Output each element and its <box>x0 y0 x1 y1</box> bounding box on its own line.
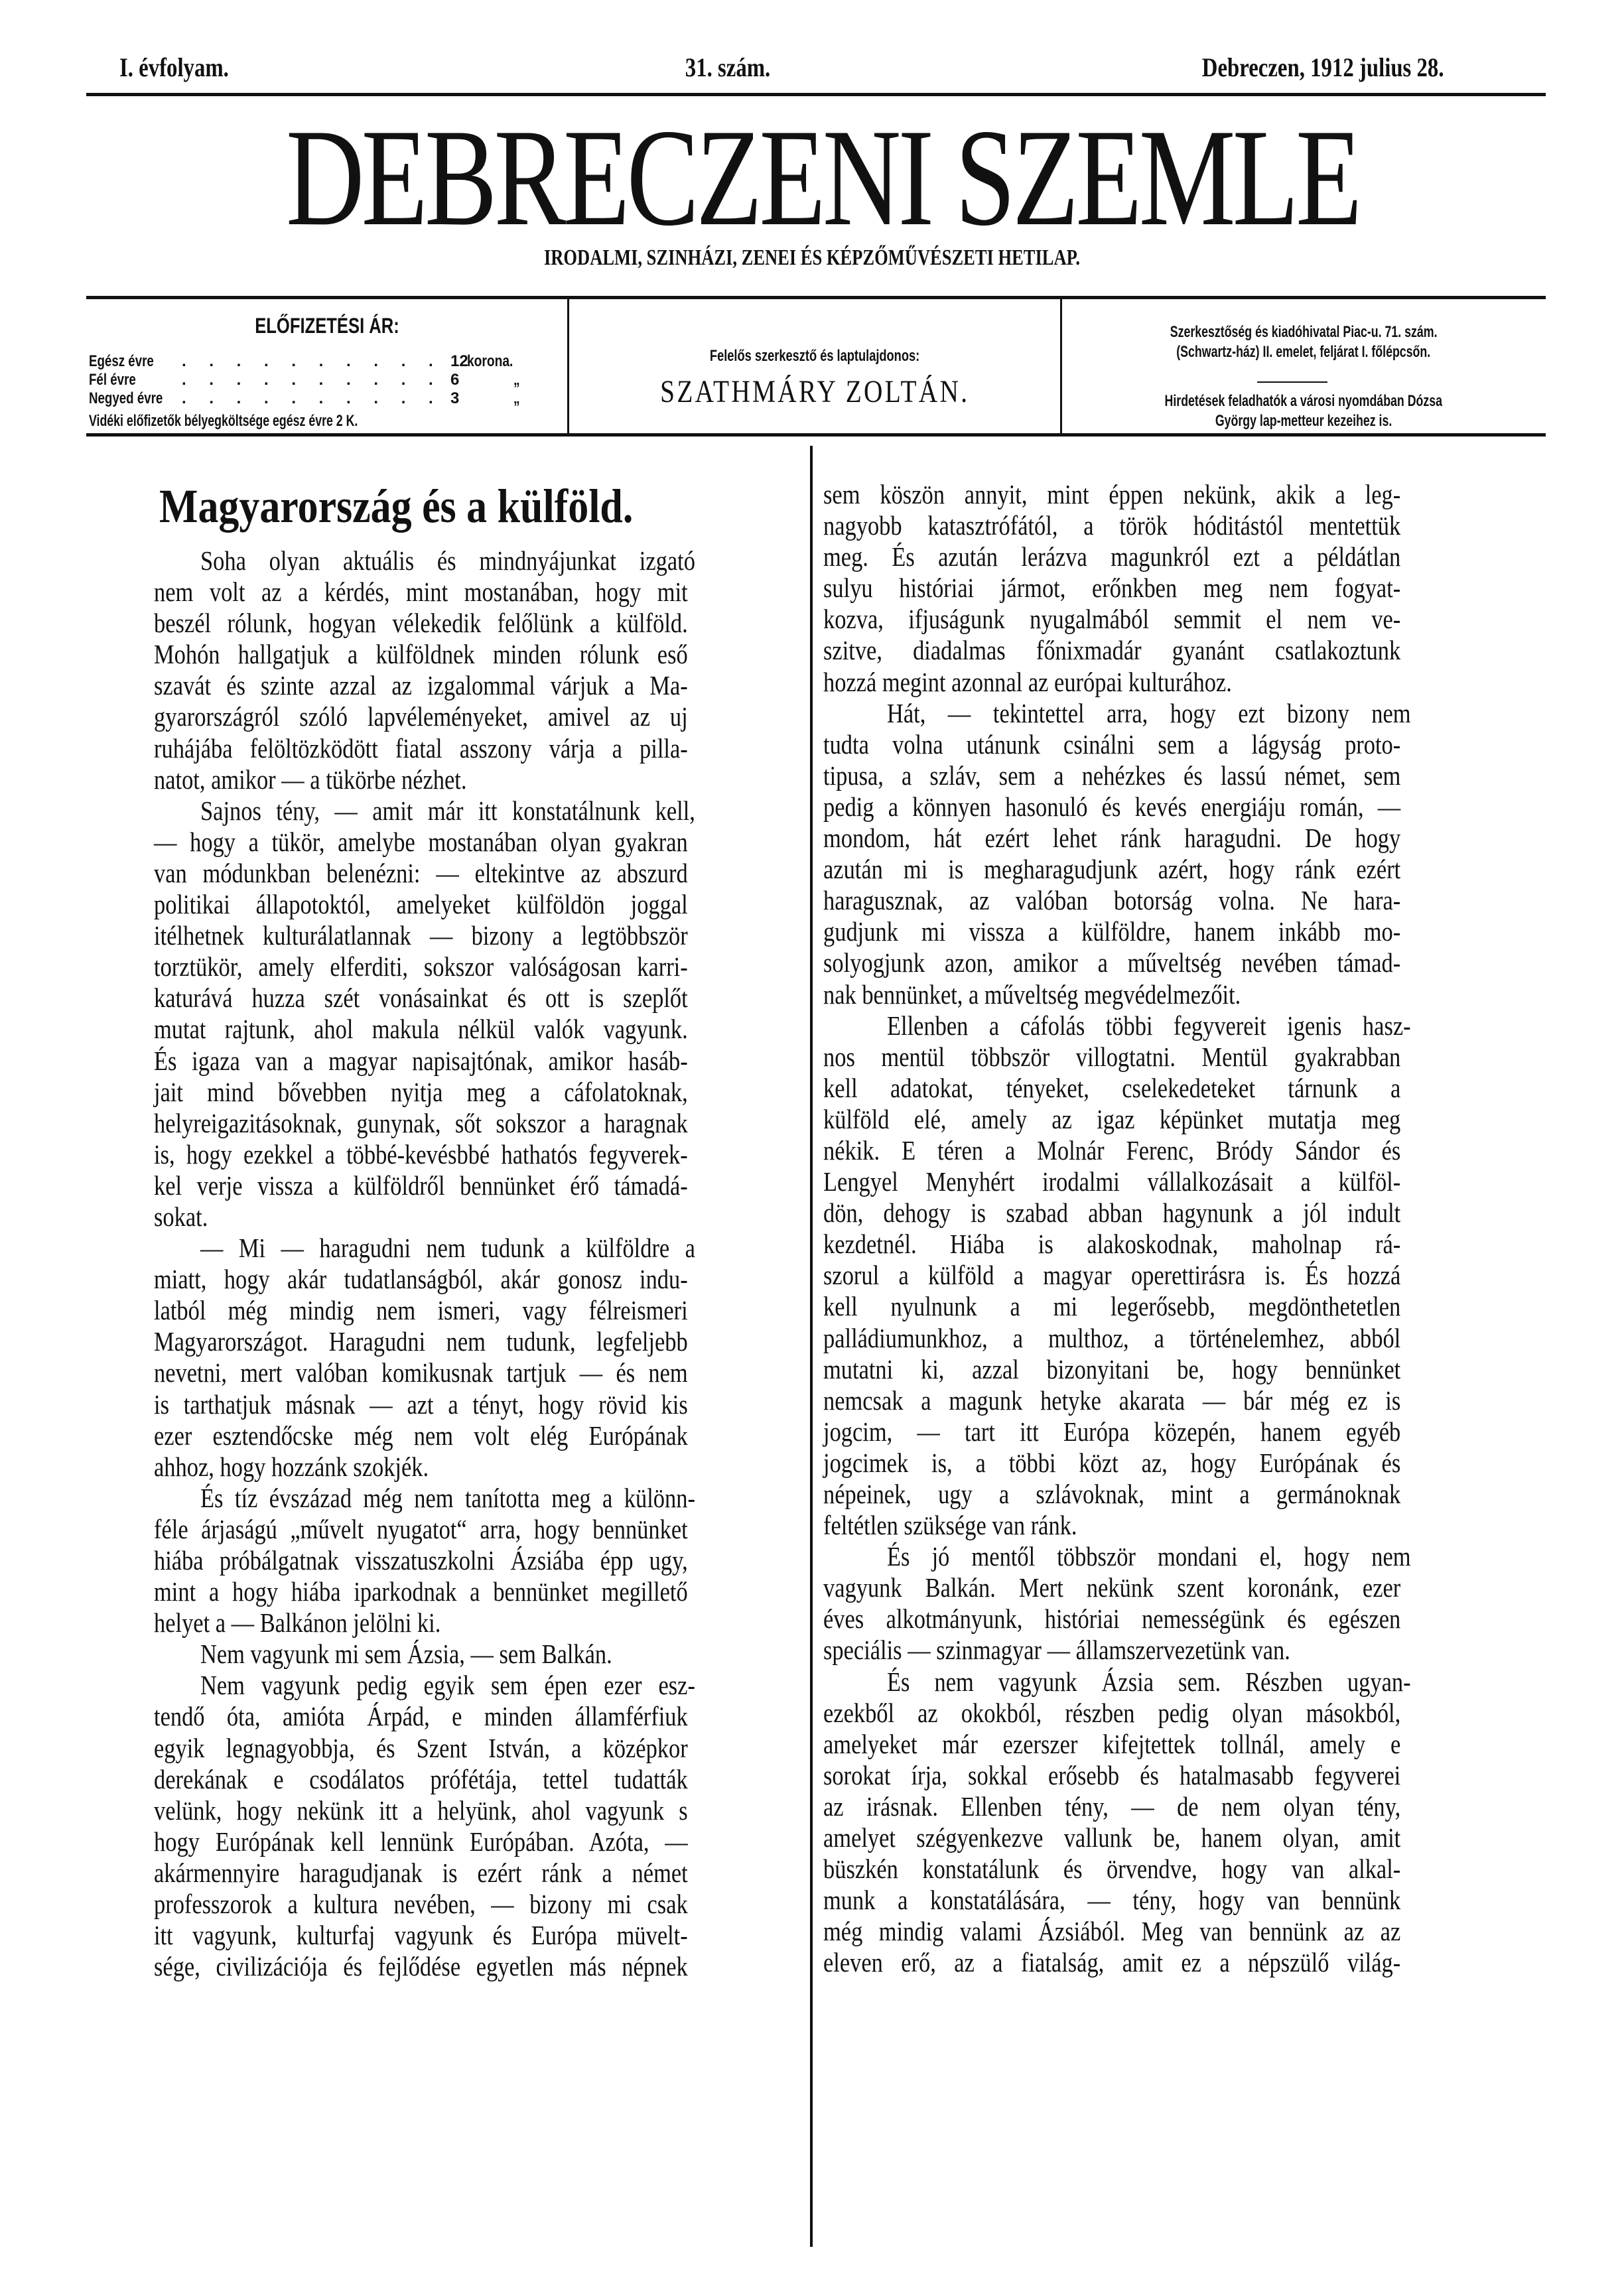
text-line: solyogjunk azon, amikor a műveltség nevé… <box>823 947 1511 978</box>
text-line: szitve, diadalmas főnixmadár gyanánt csa… <box>823 635 1511 666</box>
text-line: És igaza van a magyar napisajtónak, amik… <box>154 1045 789 1077</box>
text-line: professzorok a kultura nevében, — bizony… <box>154 1889 789 1920</box>
volume-number: I. évfolyam. <box>119 52 229 83</box>
text-line: Hát, — tekintettel arra, hogy ezt bizony… <box>823 698 1511 729</box>
masthead: DEBRECZENI SZEMLE <box>100 118 1546 237</box>
article-title-text: Magyarország és a külföld. <box>159 476 633 536</box>
text-line: meg. És azután lerázva magunkról ezt a p… <box>823 541 1511 572</box>
text-line: latból még mindig nem ismeri, vagy félre… <box>154 1295 789 1326</box>
text-line: tipusa, a szláv, sem a nehézkes és lassú… <box>823 760 1511 791</box>
text-line: kozva, ifjuságunk nyugalmából semmit el … <box>823 604 1511 635</box>
office-panel: Szerkesztőség és kiadóhivatal Piac-u. 71… <box>1062 299 1546 433</box>
text-line: helyet a — Balkánon jelölni ki. <box>154 1607 789 1639</box>
column-divider <box>810 446 813 2247</box>
price-amount: 12 <box>450 352 468 371</box>
text-line: gyarországról szóló lapvéleményeket, ami… <box>154 701 789 732</box>
text-line: hiába próbálgatnak visszatuszkolni Ázsiá… <box>154 1545 789 1576</box>
text-line: hozzá megint azonnal az európai kulturáh… <box>823 667 1511 698</box>
office-address-line: (Schwartz-ház) II. emelet, feljárat I. f… <box>1071 343 1536 362</box>
text-line: féle árjaságú „művelt nyugatot“ arra, ho… <box>154 1514 789 1545</box>
text-line: azután mi is megharagudjunk azért, hogy … <box>823 854 1511 885</box>
price-amount: 3 <box>450 389 459 408</box>
text-line: kell adatokat, tényeket, cselekedeteket … <box>823 1073 1511 1104</box>
text-line: eleven erő, az a fiatalság, amit ez a né… <box>823 1947 1511 1978</box>
text-line: is, hogy ezekkel a többé-kevésbbé hathat… <box>154 1139 789 1170</box>
text-line: derekának e csodálatos prófétája, tettel… <box>154 1764 789 1795</box>
text-line: tudta volna utánunk csinálni sem a lágys… <box>823 729 1511 760</box>
price-row: Fél évre . . . . . . . . . . . . 6 „ <box>89 371 567 389</box>
office-line-text: György lap-metteur kezeihez is. <box>1215 412 1392 431</box>
text-line: külföld elé, amely az igaz képünket muta… <box>823 1104 1511 1135</box>
issue-number: 31. szám. <box>685 52 770 83</box>
text-line: És tíz évszázad még nem tanította meg a … <box>154 1483 789 1514</box>
text-line: dön, dehogy is szabad abban hagynunk a j… <box>823 1197 1511 1229</box>
text-line: — Mi — haragudni nem tudunk a külföldre … <box>154 1233 789 1264</box>
text-line: nos mentül többször villogtatni. Mentül … <box>823 1042 1511 1073</box>
text-line: sorokat írja, sokkal erősebb és hatalmas… <box>823 1760 1511 1791</box>
text-line: nem volt az a kérdés, mint mostanában, h… <box>154 576 789 608</box>
editor-label-text: Felelős szerkesztő és laptulajdonos: <box>710 347 919 366</box>
text-line: Nem vagyunk mi sem Ázsia, — sem Balkán. <box>154 1639 789 1670</box>
advert-line: Hirdetések feladhatók a városi nyomdában… <box>1071 392 1536 411</box>
text-line: jait mind bővebben nyitja meg a cáfolato… <box>154 1077 789 1108</box>
text-line: ezer esztendőcske még nem volt elég Euró… <box>154 1420 789 1451</box>
text-line: nevetni, mert valóban komikusnak tartjuk… <box>154 1357 789 1388</box>
price-unit: „ <box>513 371 520 389</box>
text-line: ahhoz, hogy hozzánk szokjék. <box>154 1451 789 1483</box>
text-line: is tarthatjuk másnak — azt a tényt, hogy… <box>154 1389 789 1420</box>
text-line: sulyu históriai jármot, erőnkben meg nem… <box>823 572 1511 604</box>
editor-name-text: SZATHMÁRY ZOLTÁN. <box>660 373 969 410</box>
subscription-panel: ELŐFIZETÉSI ÁR: Egész évre . . . . . . .… <box>86 299 569 433</box>
subtitle-text: IRODALMI, SZINHÁZI, ZENEI ÉS KÉPZŐMŰVÉSZ… <box>544 245 1080 271</box>
text-line: népeinek, ugy a szlávoknak, mint a germá… <box>823 1479 1511 1510</box>
office-separator <box>1257 381 1327 383</box>
office-line-text: (Schwartz-ház) II. emelet, feljárat I. f… <box>1177 343 1431 362</box>
editor-name: SZATHMÁRY ZOLTÁN. <box>569 373 1060 410</box>
text-line: amelyeket már ezerszer kifejtettek tolln… <box>823 1729 1511 1760</box>
text-line: katurává huzza szét vonásainkat és ott i… <box>154 982 789 1014</box>
text-line: natot, amikor — a tükörbe nézhet. <box>154 764 789 795</box>
article-column-left: Soha olyan aktuális és mindnyájunkat izg… <box>154 545 789 1982</box>
text-line: vagyunk Balkán. Mert nekünk szent koroná… <box>823 1572 1511 1603</box>
text-line: Magyarországot. Haragudni nem tudunk, le… <box>154 1326 789 1357</box>
text-line: sokat. <box>154 1201 789 1233</box>
text-line: még mindig valami Ázsiából. Meg van benn… <box>823 1916 1511 1947</box>
office-address-line: Szerkesztőség és kiadóhivatal Piac-u. 71… <box>1071 323 1536 342</box>
leader-dots: . . . . . . . . . . . <box>182 389 440 408</box>
text-line: ezekből az okokból, részben pedig olyan … <box>823 1698 1511 1729</box>
price-row: Egész évre . . . . . . . . . . . . 12 ko… <box>89 352 567 371</box>
text-line: kezdetnél. Hiába is alakoskodnak, maholn… <box>823 1229 1511 1260</box>
editor-panel: Felelős szerkesztő és laptulajdonos: SZA… <box>569 299 1062 433</box>
price-label: Egész évre <box>89 352 154 371</box>
price-label: Negyed évre <box>89 389 163 408</box>
text-line: az irásnak. Ellenben tény, — de nem olya… <box>823 1791 1511 1822</box>
office-line-text: Szerkesztőség és kiadóhivatal Piac-u. 71… <box>1170 323 1438 342</box>
article-title: Magyarország és a külföld. <box>159 476 796 536</box>
text-line: van módunkban belenézni: — eltekintve az… <box>154 858 789 889</box>
text-line: szavát és szinte azzal az izgalommal vár… <box>154 670 789 701</box>
text-line: mutat rajtunk, ahol makula nélkül valók … <box>154 1014 789 1045</box>
text-line: kell nyulnunk a mi legerősebb, megdönthe… <box>823 1291 1511 1322</box>
text-line: velünk, hogy nekünk itt a helyünk, ahol … <box>154 1795 789 1826</box>
text-line: egyik legnagyobbja, és Szent István, a k… <box>154 1733 789 1764</box>
text-line: — hogy a tükör, amelybe mostanában olyan… <box>154 827 789 858</box>
editor-label: Felelős szerkesztő és laptulajdonos: <box>569 347 1060 366</box>
text-line: éves alkotmányunk, históriai nemességünk… <box>823 1603 1511 1635</box>
text-line: nagyobb katasztrófától, a török hóditást… <box>823 510 1511 541</box>
masthead-subtitle: IRODALMI, SZINHÁZI, ZENEI ÉS KÉPZŐMŰVÉSZ… <box>0 245 1624 271</box>
text-line: Soha olyan aktuális és mindnyájunkat izg… <box>154 545 789 576</box>
text-line: hogy Európának kell lennünk Európában. A… <box>154 1826 789 1857</box>
top-rule <box>86 93 1546 96</box>
text-line: haragusznak, az valóban botorság volna. … <box>823 885 1511 916</box>
text-line: miatt, hogy akár tudatlanságból, akár go… <box>154 1264 789 1295</box>
place-date: Debreczen, 1912 julius 28. <box>1202 52 1444 83</box>
leader-dots: . . . . . . . . . . . . <box>182 352 440 371</box>
text-line: jogcimek is, a többi közt az, hogy Európ… <box>823 1447 1511 1479</box>
text-line: pedig a könnyen hasonuló és kevés energi… <box>823 791 1511 823</box>
price-unit: „ <box>513 389 520 408</box>
price-amount: 6 <box>450 371 459 389</box>
subscription-title-text: ELŐFIZETÉSI ÁR: <box>255 314 399 338</box>
text-line: politikai állapotoktól, amelyeket külföl… <box>154 889 789 920</box>
article-column-right: sem köszön annyit, mint éppen nekünk, ak… <box>823 479 1511 1979</box>
text-line: mint a hogy hiába iparkodnak a bennünket… <box>154 1576 789 1607</box>
price-label: Fél évre <box>89 371 136 389</box>
text-line: sem köszön annyit, mint éppen nekünk, ak… <box>823 479 1511 510</box>
dateline: I. évfolyam. 31. szám. Debreczen, 1912 j… <box>119 52 1235 86</box>
text-line: Mohón hallgatjuk a külföldnek minden ról… <box>154 639 789 670</box>
text-line: feltétlen szüksége van ránk. <box>823 1510 1511 1541</box>
text-line: munk a konstatálására, — tény, hogy van … <box>823 1885 1511 1916</box>
text-line: Nem vagyunk pedig egyik sem épen ezer es… <box>154 1670 789 1701</box>
text-line: torztükör, amely elferditi, sokszor való… <box>154 951 789 982</box>
info-box: ELŐFIZETÉSI ÁR: Egész évre . . . . . . .… <box>86 296 1546 437</box>
text-line: palládiumunkhoz, a multhoz, a történelem… <box>823 1323 1511 1354</box>
text-line: Ellenben a cáfolás többi fegyvereit igen… <box>823 1010 1511 1042</box>
text-line: speciális — szinmagyar — államszervezetü… <box>823 1635 1511 1666</box>
text-line: sége, civilizációja és fejlődése egyetle… <box>154 1951 789 1982</box>
text-line: nak bennünket, a műveltség megvédelmezői… <box>823 979 1511 1010</box>
text-line: szorul a külföld a magyar operettirásra … <box>823 1260 1511 1291</box>
leader-dots: . . . . . . . . . . . . <box>182 371 440 389</box>
text-line: itt vagyunk, kulturfaj vagyunk és Európa… <box>154 1920 789 1951</box>
office-line-text: Hirdetések feladhatók a városi nyomdában… <box>1165 392 1442 411</box>
text-line: helyreigazitásoknak, gunynak, sőt sokszo… <box>154 1108 789 1139</box>
price-unit: korona. <box>467 352 513 371</box>
text-line: Sajnos tény, — amit már itt konstatálnun… <box>154 795 789 827</box>
text-line: mutatni ki, azzal bizonyitani be, hogy b… <box>823 1354 1511 1385</box>
text-line: beszél rólunk, hogyan vélekedik felőlünk… <box>154 608 789 639</box>
text-line: ruhájába felöltözködött fiatal asszony v… <box>154 733 789 764</box>
text-line: büszkén konstatálunk és örvendve, hogy v… <box>823 1853 1511 1885</box>
text-line: amelyet szégyenkezve vallunk be, hanem o… <box>823 1822 1511 1853</box>
text-line: akármennyire haragudjanak is ezért ránk … <box>154 1857 789 1889</box>
text-line: És nem vagyunk Ázsia sem. Részben ugyan- <box>823 1666 1511 1698</box>
price-row: Negyed évre . . . . . . . . . . . 3 „ <box>89 389 567 408</box>
text-line: És jó mentől többször mondani el, hogy n… <box>823 1541 1511 1572</box>
text-line: jogcim, — tart itt Európa közepén, hanem… <box>823 1416 1511 1447</box>
masthead-title: DEBRECZENI SZEMLE <box>286 118 1359 237</box>
text-line: kel verje vissza a külföldről bennünket … <box>154 1170 789 1201</box>
text-line: nékik. E téren a Molnár Ferenc, Bródy Sá… <box>823 1135 1511 1166</box>
text-line: mondom, hát ezért lehet ránk haragudni. … <box>823 823 1511 854</box>
subscription-title: ELŐFIZETÉSI ÁR: <box>86 314 567 338</box>
advert-line: György lap-metteur kezeihez is. <box>1071 412 1536 431</box>
text-line: tendő óta, amióta Árpád, e minden államf… <box>154 1701 789 1732</box>
postage-note: Vidéki előfizetők bélyegköltsége egész é… <box>89 412 358 431</box>
text-line: nemcsak a magunk hetyke akarata — bár mé… <box>823 1385 1511 1416</box>
text-line: Lengyel Menyhért irodalmi vállalkozásait… <box>823 1166 1511 1197</box>
text-line: gudjunk mi vissza a külföldre, hanem ink… <box>823 916 1511 947</box>
text-line: itélhetnek kulturálatlannak — bizony a l… <box>154 920 789 951</box>
